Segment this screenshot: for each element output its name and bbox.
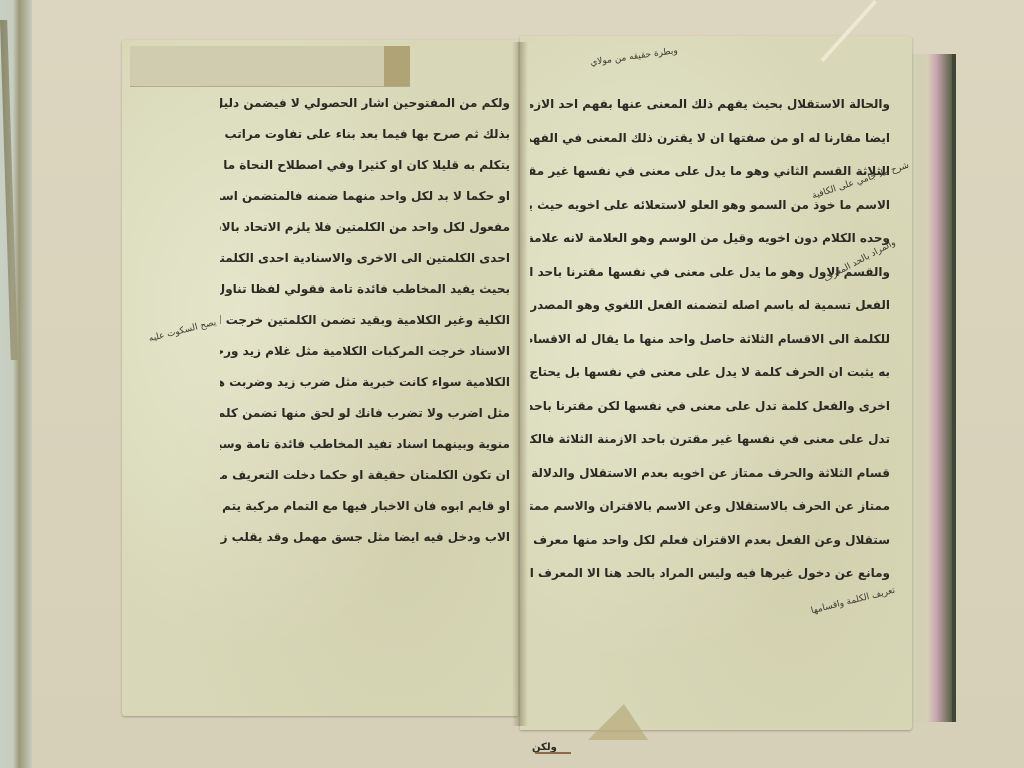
text-line: للكلمة الى الاقسام الثلاثة حاصل واحد منه…: [530, 323, 890, 357]
right-page-text: والحالة الاستقلال بحيث يفهم ذلك المعنى ع…: [530, 88, 890, 591]
text-line: يتكلم به قليلا كان او كثيرا وفي اصطلاح ا…: [220, 150, 510, 181]
text-line: والحالة الاستقلال بحيث يفهم ذلك المعنى ع…: [530, 88, 890, 122]
photo-background: ولكم من المفتوحين اشار الحصولي لا فيضمن …: [0, 0, 1024, 768]
text-line: الكلامية سواء كانت خبرية مثل ضرب زيد وضر…: [220, 367, 510, 398]
text-line: الكلية وغير الكلامية وبقيد تضمن الكلمتين…: [220, 305, 510, 336]
stain: [384, 46, 410, 86]
book-cover-edge: [912, 54, 956, 722]
text-line: تدل على معنى في نفسها غير مقترن باحد الا…: [530, 423, 890, 457]
text-line: بذلك ثم صرح بها فيما بعد بناء على تفاوت …: [220, 119, 510, 150]
text-line: او قايم ابوه فان الاخبار فيها مع التمام …: [220, 491, 510, 522]
text-line: ستقلال وعن الفعل بعدم الاقتران فعلم لكل …: [530, 524, 890, 558]
text-line: ممتاز عن الحرف بالاستقلال وعن الاسم بالا…: [530, 490, 890, 524]
text-line: ان تكون الكلمتان حقيقة او حكما دخلت التع…: [220, 460, 510, 491]
book-gutter: [512, 42, 528, 726]
text-line: الاسناد خرجت المركبات الكلامية مثل غلام …: [220, 336, 510, 367]
text-line: وحده الكلام دون اخويه وقيل من الوسم وهو …: [530, 222, 890, 256]
text-line: او حكما لا بد لكل واحد منهما ضمنه فالمتض…: [220, 181, 510, 212]
text-line: ايضا مقارنا له او من صفتها ان لا يقترن ذ…: [530, 122, 890, 156]
text-line: منوية وبينهما اسناد تفيد المخاطب فائدة ت…: [220, 429, 510, 460]
open-manuscript: ولكم من المفتوحين اشار الحصولي لا فيضمن …: [120, 36, 960, 736]
left-page-text: ولكم من المفتوحين اشار الحصولي لا فيضمن …: [220, 88, 510, 553]
text-line: ومانع عن دخول غيرها فيه وليس المراد بالح…: [530, 557, 890, 591]
text-line: مفعول لكل واحد من الكلمتين فلا يلزم الات…: [220, 212, 510, 243]
text-line: قسام الثلاثة والحرف ممتاز عن اخويه بعدم …: [530, 457, 890, 491]
text-line: به يثبت ان الحرف كلمة لا يدل على معنى في…: [530, 356, 890, 390]
text-line: ولكم من المفتوحين اشار الحصولي لا فيضمن …: [220, 88, 510, 119]
surface-mark: [535, 752, 571, 754]
text-line: بحيث يفيد المخاطب فائدة تامة فقولي لفظا …: [220, 274, 510, 305]
text-line: احدى الكلمتين الى الاخرى والاسنادية احدى…: [220, 243, 510, 274]
text-line: الفعل تسمية له باسم اصله لتضمنه الفعل ال…: [530, 289, 890, 323]
text-line: اخرى والفعل كلمة تدل على معنى في نفسها ل…: [530, 390, 890, 424]
paper-repair-strip: [130, 46, 410, 87]
text-line: الاب ودخل فيه ايضا مثل جسق مهمل وقد يقلب…: [220, 522, 510, 553]
text-line: مثل اضرب ولا تضرب فانك لو لحق منها تضمن …: [220, 398, 510, 429]
